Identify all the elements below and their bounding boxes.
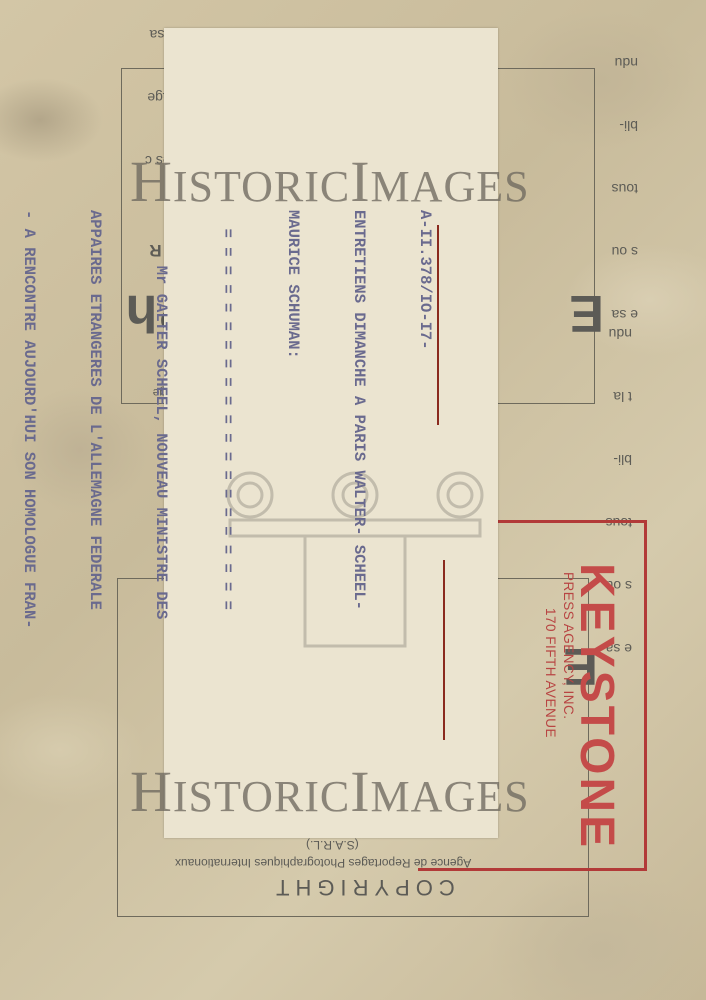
caption-line: = = = = = = = = = = = = = = = = = = = = … bbox=[216, 210, 238, 810]
red-underline-mark bbox=[443, 560, 445, 740]
caption-line: APPAIRES ETRANGERES DE L'ALLEMAGNE FEDER… bbox=[84, 210, 106, 810]
stamp-big-text-right: E bbox=[567, 283, 604, 343]
keystone-address: 170 FIFTH AVENUE bbox=[543, 608, 558, 738]
caption-line: - A RENCONTRE AUJOURD'HUI SON HOMOLOGUE … bbox=[18, 210, 40, 810]
historicimages-watermark-bottom: HISTORICIMAGES bbox=[130, 758, 530, 825]
caption-line: Mr GALTER SCHEEL, NOUVEAU MINISTRE DES bbox=[150, 210, 172, 810]
caption-line: ENTRETIENS DIMANCHE A PARIS WALTER- SCHE… bbox=[348, 210, 370, 810]
copyright-form: (S.A.R.L.) bbox=[306, 838, 359, 852]
caption-line: A-II.378/IO-I7- bbox=[414, 210, 436, 810]
caption-line: MAURICE SCHUMAN: bbox=[282, 210, 304, 810]
red-underline-mark bbox=[437, 225, 439, 425]
keystone-name: KEYSTONE bbox=[569, 563, 624, 850]
copyright-title: COPYRIGHT bbox=[270, 874, 455, 900]
historicimages-watermark-top: HISTORICIMAGES bbox=[130, 148, 530, 215]
keystone-agency: PRESS AGENCY, INC. bbox=[561, 572, 576, 720]
